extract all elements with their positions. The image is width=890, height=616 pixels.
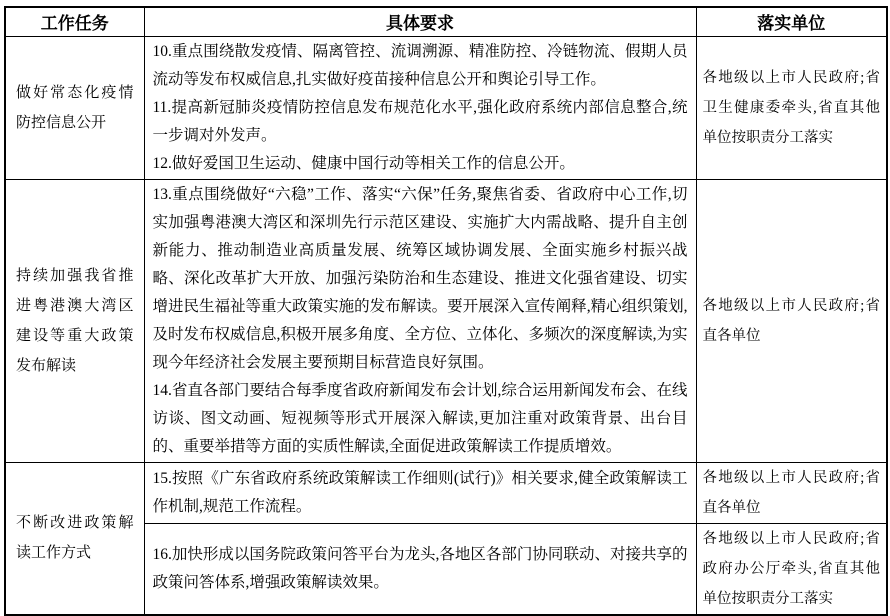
header-work-task: 工作任务 bbox=[5, 7, 144, 36]
requirements-cell: 15.按照《广东省政府系统政策解读工作细则(试行)》相关要求,健全政策解读工作机… bbox=[144, 462, 696, 523]
unit-cell-row3a: 各地级以上市人民政府;省直各单位 bbox=[696, 462, 887, 523]
task-epidemic-info-disclosure: 做好常态化疫情防控信息公开 bbox=[5, 36, 144, 179]
requirements-cell: 13.重点围绕做好“六稳”工作、落实“六保”任务,聚焦省委、省政府中心工作,切实… bbox=[144, 179, 696, 462]
table-header-row: 工作任务 具体要求 落实单位 bbox=[5, 7, 887, 36]
unit-cell-row1: 各地级以上市人民政府;省卫生健康委牵头,省直其他单位按职责分工落实 bbox=[696, 36, 887, 179]
document-page: 工作任务 具体要求 落实单位 做好常态化疫情防控信息公开 10.重点围绕散发疫情… bbox=[0, 0, 890, 601]
table-row: 持续加强我省推进粤港澳大湾区建设等重大政策发布解读 13.重点围绕做好“六稳”工… bbox=[5, 179, 887, 462]
requirement-item-12: 12.做好爱国卫生运动、健康中国行动等相关工作的信息公开。 bbox=[153, 150, 688, 178]
requirements-cell: 10.重点围绕散发疫情、隔离管控、流调溯源、精准防控、冷链物流、假期人员流动等发… bbox=[144, 36, 696, 179]
requirement-item-13: 13.重点围绕做好“六稳”工作、落实“六保”任务,聚焦省委、省政府中心工作,切实… bbox=[153, 181, 688, 377]
table-row: 不断改进政策解读工作方式 15.按照《广东省政府系统政策解读工作细则(试行)》相… bbox=[5, 462, 887, 523]
header-implementing-unit: 落实单位 bbox=[696, 7, 887, 36]
unit-cell-row2: 各地级以上市人民政府;省直各单位 bbox=[696, 179, 887, 462]
requirement-item-11: 11.提高新冠肺炎疫情防控信息发布规范化水平,强化政府系统内部信息整合,统一步调… bbox=[153, 94, 688, 150]
requirement-item-10: 10.重点围绕散发疫情、隔离管控、流调溯源、精准防控、冷链物流、假期人员流动等发… bbox=[153, 38, 688, 94]
requirement-item-14: 14.省直各部门要结合每季度省政府新闻发布会计划,综合运用新闻发布会、在线访谈、… bbox=[153, 377, 688, 461]
requirement-item-15: 15.按照《广东省政府系统政策解读工作细则(试行)》相关要求,健全政策解读工作机… bbox=[153, 465, 688, 521]
header-specific-requirements: 具体要求 bbox=[144, 7, 696, 36]
work-task-table: 工作任务 具体要求 落实单位 做好常态化疫情防控信息公开 10.重点围绕散发疫情… bbox=[4, 6, 888, 616]
requirement-item-16: 16.加快形成以国务院政策问答平台为龙头,各地区各部门协同联动、对接共享的政策问… bbox=[153, 541, 688, 597]
table-row: 做好常态化疫情防控信息公开 10.重点围绕散发疫情、隔离管控、流调溯源、精准防控… bbox=[5, 36, 887, 179]
task-improve-interpretation-methods: 不断改进政策解读工作方式 bbox=[5, 462, 144, 615]
task-major-policy-interpretation: 持续加强我省推进粤港澳大湾区建设等重大政策发布解读 bbox=[5, 179, 144, 462]
